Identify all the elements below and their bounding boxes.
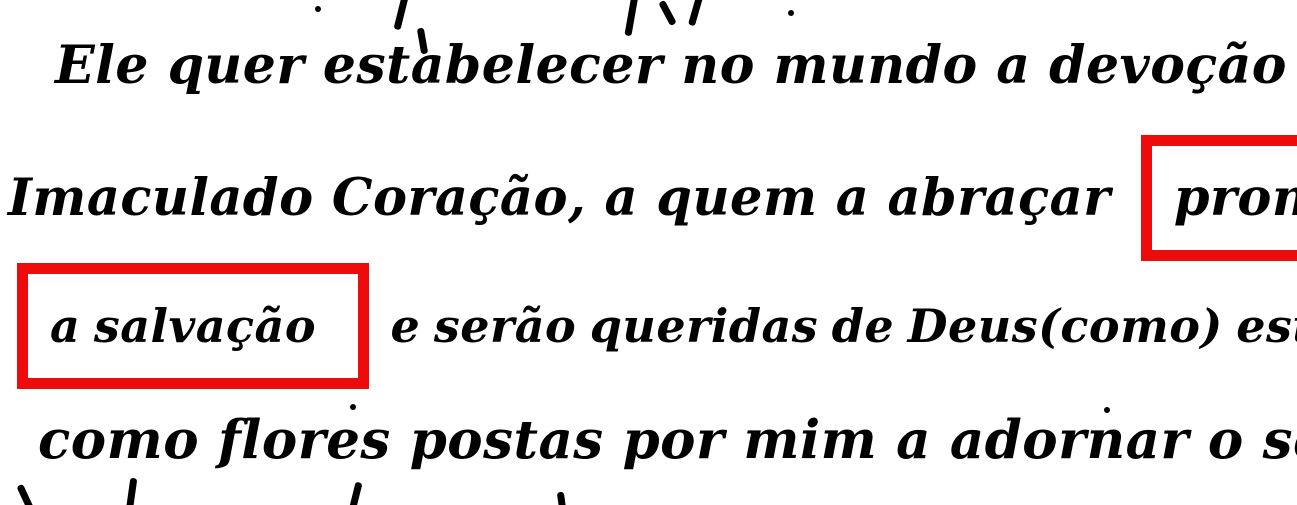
manuscript-line-3: a salvação e serão queridas de Deus(como… — [15, 290, 1297, 362]
ink-stroke-fragment — [16, 484, 34, 505]
manuscript-line-4: como flores postas por mim a adornar o s… — [38, 404, 1297, 476]
ink-stroke-fragment — [557, 492, 566, 505]
ink-stroke-fragment — [348, 482, 362, 505]
ink-stroke-fragment — [394, 0, 410, 30]
ink-stroke-fragment — [688, 0, 703, 26]
manuscript-line-2: Imaculado Coração, a quem a abraçar prom… — [8, 162, 1297, 234]
ink-speck — [788, 10, 794, 16]
highlight-box-a-salvacao: a salvação — [17, 263, 369, 389]
manuscript-text: Imaculado Coração, a quem a abraçar — [8, 168, 1111, 228]
manuscript-text: Ele quer estabelecer no mundo a devoção … — [55, 35, 1297, 96]
manuscript-page: Ele quer estabelecer no mundo a devoção … — [0, 0, 1297, 505]
manuscript-text: e serão queridas de Deus(como) estas alm… — [391, 299, 1297, 353]
manuscript-line-1: Ele quer estabelecer no mundo a devoção … — [55, 30, 1297, 102]
ink-stroke-fragment — [126, 478, 138, 505]
ink-speck — [350, 404, 356, 410]
ink-stroke-fragment — [658, 0, 676, 26]
ink-speck — [1104, 407, 1110, 413]
manuscript-text: como flores postas por mim a adornar o s… — [38, 409, 1297, 471]
highlight-box-prometo: prometo — [1141, 135, 1297, 261]
ink-speck — [315, 6, 321, 12]
